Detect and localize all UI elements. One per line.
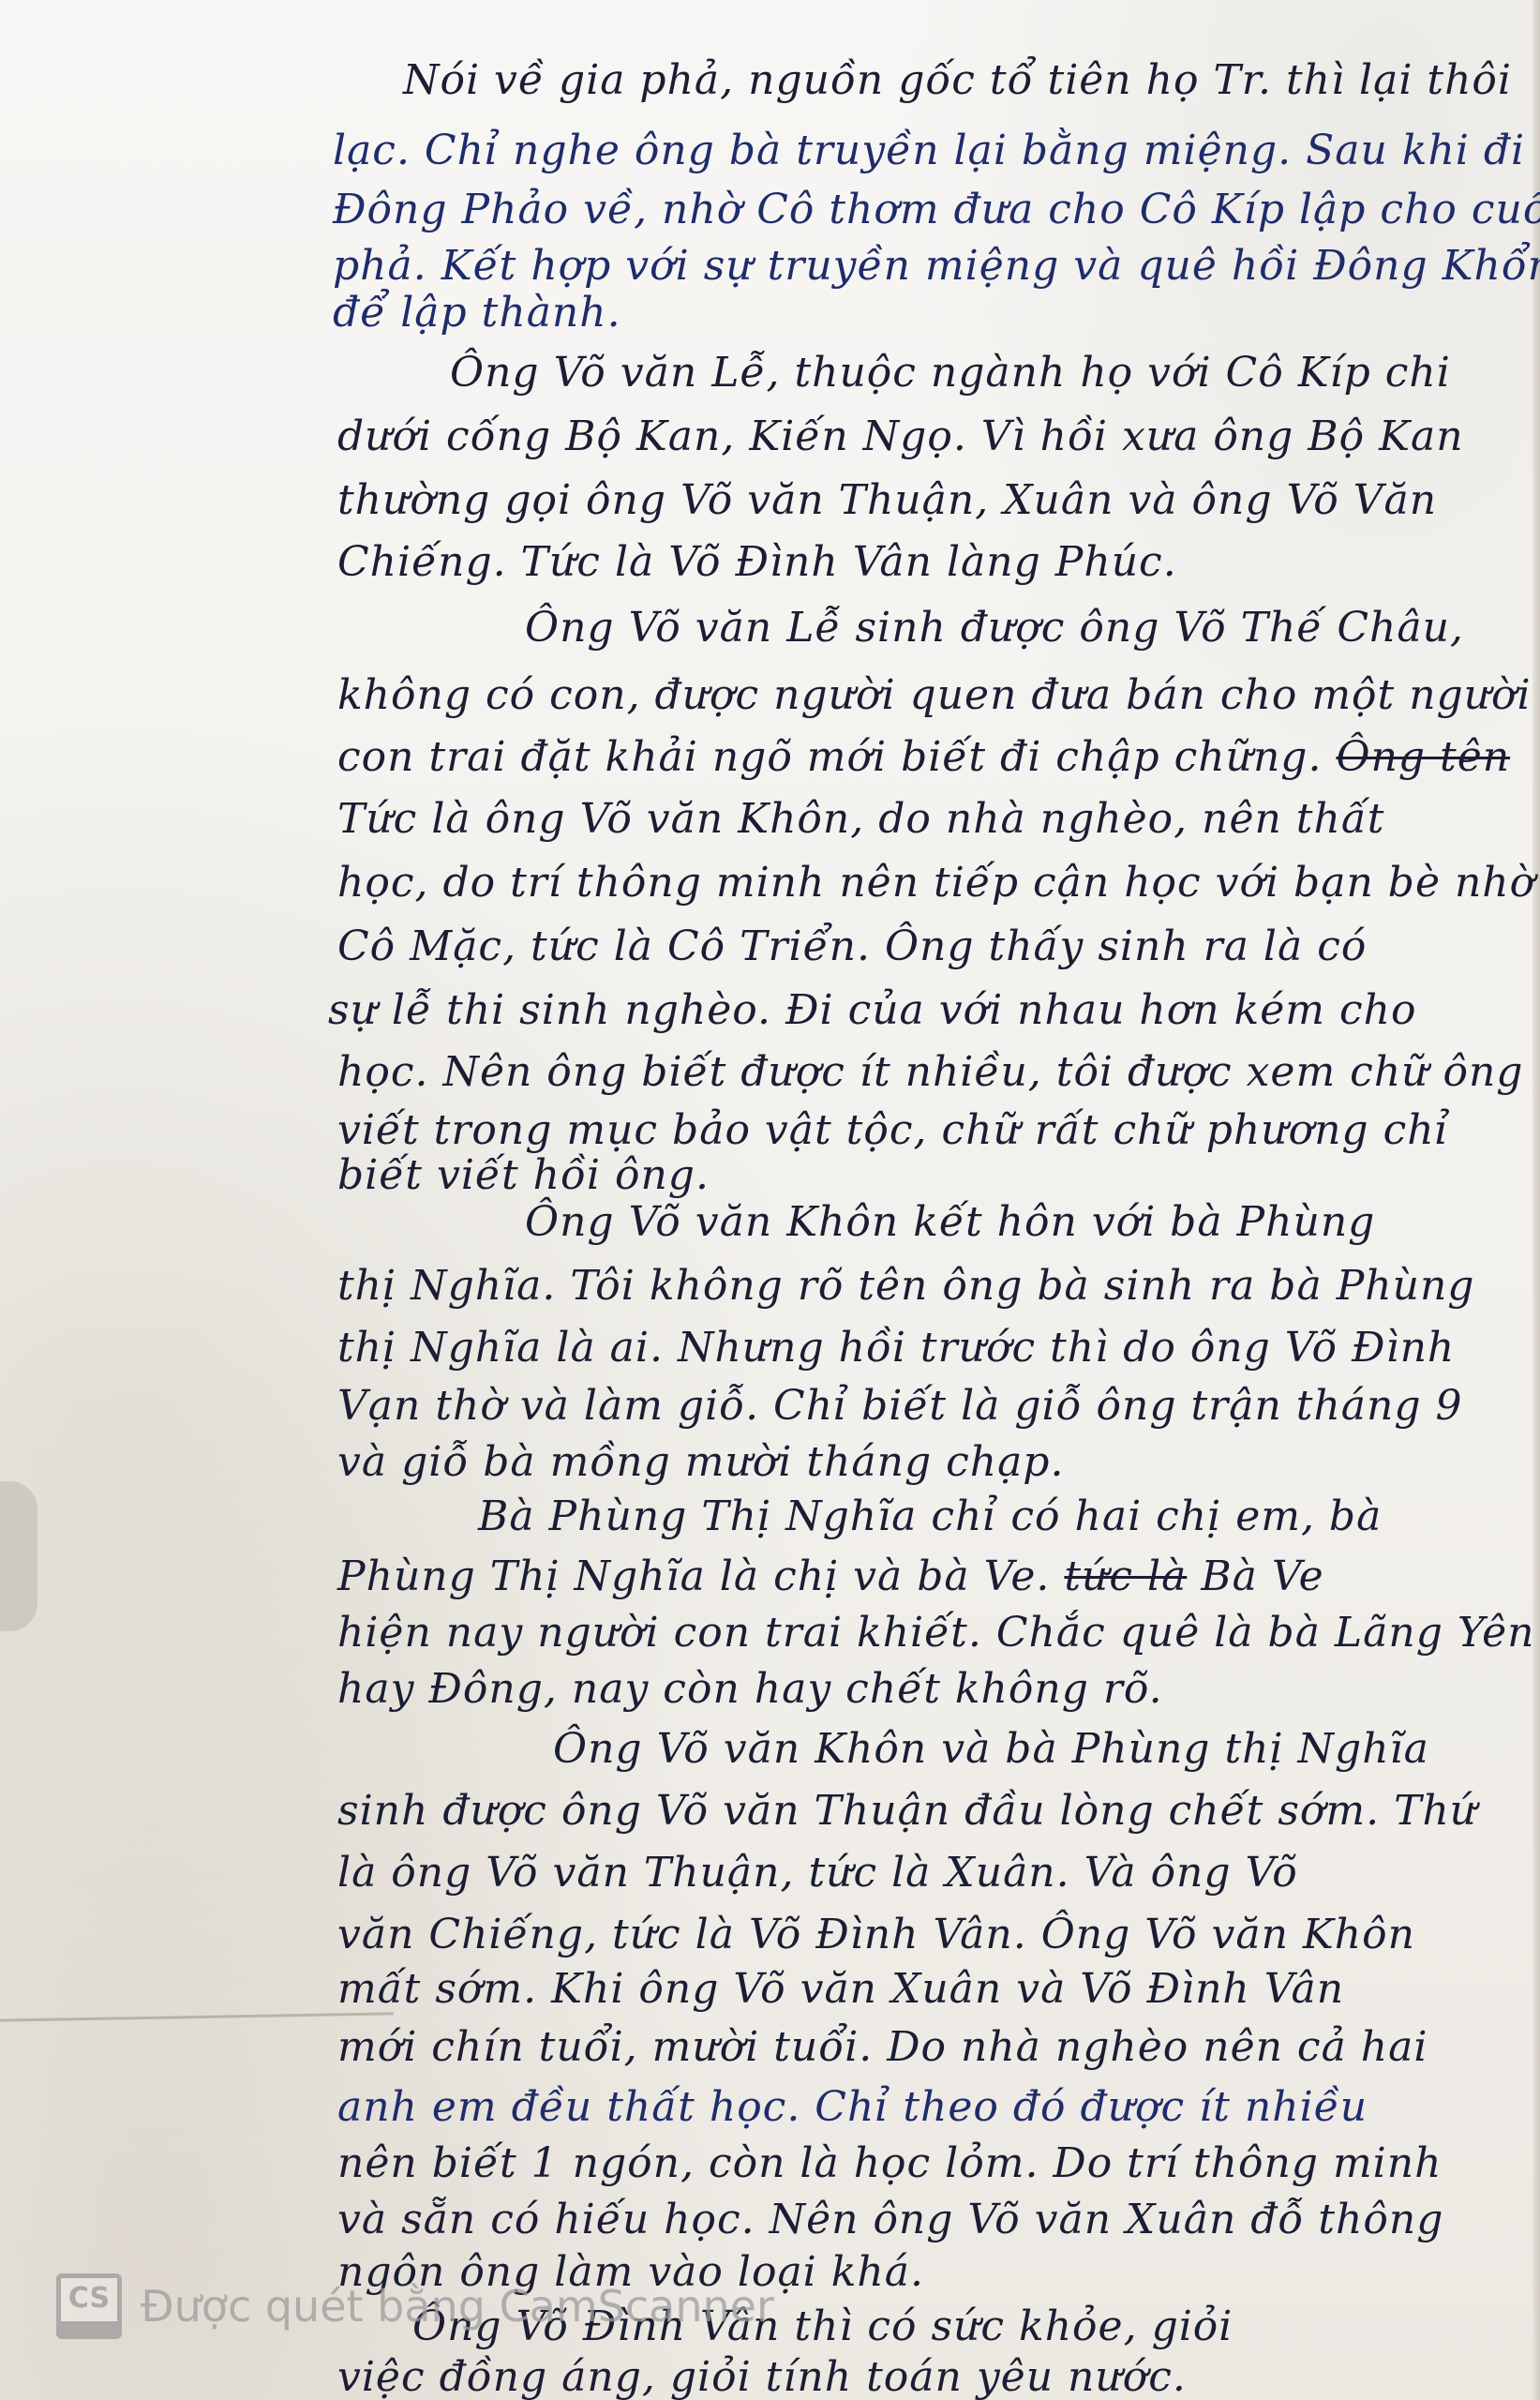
text-fragment: Bà Ve	[1201, 1552, 1323, 1600]
text-line: thường gọi ông Võ văn Thuận, Xuân và ông…	[337, 476, 1437, 524]
text-line: con trai đặt khải ngõ mới biết đi chập c…	[337, 733, 1510, 781]
text-line: phả. Kết hợp với sự truyền miệng và quê …	[333, 242, 1540, 290]
text-line: văn Chiếng, tức là Võ Đình Vân. Ông Võ v…	[337, 1911, 1415, 1958]
text-line: Đông Phảo về, nhờ Cô thơm đưa cho Cô Kíp…	[333, 186, 1540, 233]
text-line: và giỗ bà mồng mười tháng chạp.	[337, 1438, 1064, 1486]
page-edge	[1533, 0, 1540, 2400]
text-line: Chiếng. Tức là Võ Đình Vân làng Phúc.	[337, 538, 1177, 586]
text-line: Bà Phùng Thị Nghĩa chỉ có hai chị em, bà	[478, 1492, 1382, 1540]
struck-text: tức là	[1064, 1552, 1187, 1600]
text-line: biết viết hồi ông.	[337, 1151, 710, 1199]
text-line: thị Nghĩa. Tôi không rõ tên ông bà sinh …	[337, 1262, 1474, 1310]
text-fragment: Phùng Thị Nghĩa là chị và bà Ve.	[337, 1552, 1050, 1600]
struck-text: Ông tên	[1336, 733, 1510, 781]
text-line: lạc. Chỉ nghe ông bà truyền lại bằng miệ…	[333, 127, 1540, 174]
text-line: sinh được ông Võ văn Thuận đầu lòng chết…	[337, 1787, 1477, 1835]
scanned-page: Nói về gia phả, nguồn gốc tổ tiên họ Tr.…	[0, 0, 1540, 2400]
text-line: để lập thành.	[333, 289, 621, 337]
text-line: thị Nghĩa là ai. Nhưng hồi trước thì do …	[337, 1324, 1455, 1372]
text-line: nên biết 1 ngón, còn là học lỏm. Do trí …	[337, 2139, 1442, 2187]
text-line: việc đồng áng, giỏi tính toán yêu nước.	[337, 2353, 1187, 2400]
text-fragment: con trai đặt khải ngõ mới biết đi chập c…	[337, 733, 1322, 781]
text-line: học, do trí thông minh nên tiếp cận học …	[337, 859, 1535, 907]
text-line: Ông Võ văn Lễ, thuộc ngành họ với Cô Kíp…	[450, 349, 1451, 397]
paper-stain	[0, 1481, 37, 1631]
text-line: hiện nay người con trai khiết. Chắc quê …	[337, 1609, 1534, 1657]
text-line: là ông Võ văn Thuận, tức là Xuân. Và ông…	[337, 1849, 1298, 1897]
text-line: Ông Võ văn Lễ sinh được ông Võ Thế Châu,	[525, 604, 1464, 652]
text-line: học. Nên ông biết được ít nhiều, tôi đượ…	[337, 1048, 1523, 1096]
text-line: mất sớm. Khi ông Võ văn Xuân và Võ Đình …	[337, 1965, 1344, 2013]
watermark-text: Được quét bằng CamScanner	[141, 2281, 774, 2332]
logo-text: CS	[61, 2282, 117, 2315]
text-line: Cô Mặc, tức là Cô Triển. Ông thấy sinh r…	[337, 922, 1367, 970]
text-line: và sẵn có hiếu học. Nên ông Võ văn Xuân …	[337, 2196, 1443, 2243]
text-line: Ông Võ văn Khôn kết hôn với bà Phùng	[525, 1198, 1375, 1246]
text-line: Ông Võ văn Khôn và bà Phùng thị Nghĩa	[553, 1725, 1429, 1773]
logo-bar	[61, 2321, 117, 2334]
text-line: Tức là ông Võ văn Khôn, do nhà nghèo, nê…	[337, 795, 1384, 843]
text-line: hay Đông, nay còn hay chết không rõ.	[337, 1665, 1163, 1713]
text-line: Vạn thờ và làm giỗ. Chỉ biết là giỗ ông …	[337, 1382, 1463, 1430]
text-line: Phùng Thị Nghĩa là chị và bà Ve. tức là …	[337, 1552, 1324, 1600]
text-line: không có con, được người quen đưa bán ch…	[337, 671, 1532, 719]
text-line: sự lễ thi sinh nghèo. Đi của với nhau hơ…	[328, 986, 1416, 1034]
text-line: viết trong mục bảo vật tộc, chữ rất chữ …	[337, 1106, 1449, 1154]
camscanner-watermark: CS Được quét bằng CamScanner	[56, 2273, 774, 2339]
text-line: mới chín tuổi, mười tuổi. Do nhà nghèo n…	[337, 2023, 1428, 2071]
text-line: Nói về gia phả, nguồn gốc tổ tiên họ Tr.…	[403, 56, 1512, 104]
camscanner-logo-icon: CS	[56, 2273, 122, 2339]
text-line: anh em đều thất học. Chỉ theo đó được ít…	[337, 2083, 1368, 2131]
paper-fold	[0, 2012, 394, 2021]
text-line: dưới cống Bộ Kan, Kiến Ngọ. Vì hồi xưa ô…	[337, 412, 1464, 460]
